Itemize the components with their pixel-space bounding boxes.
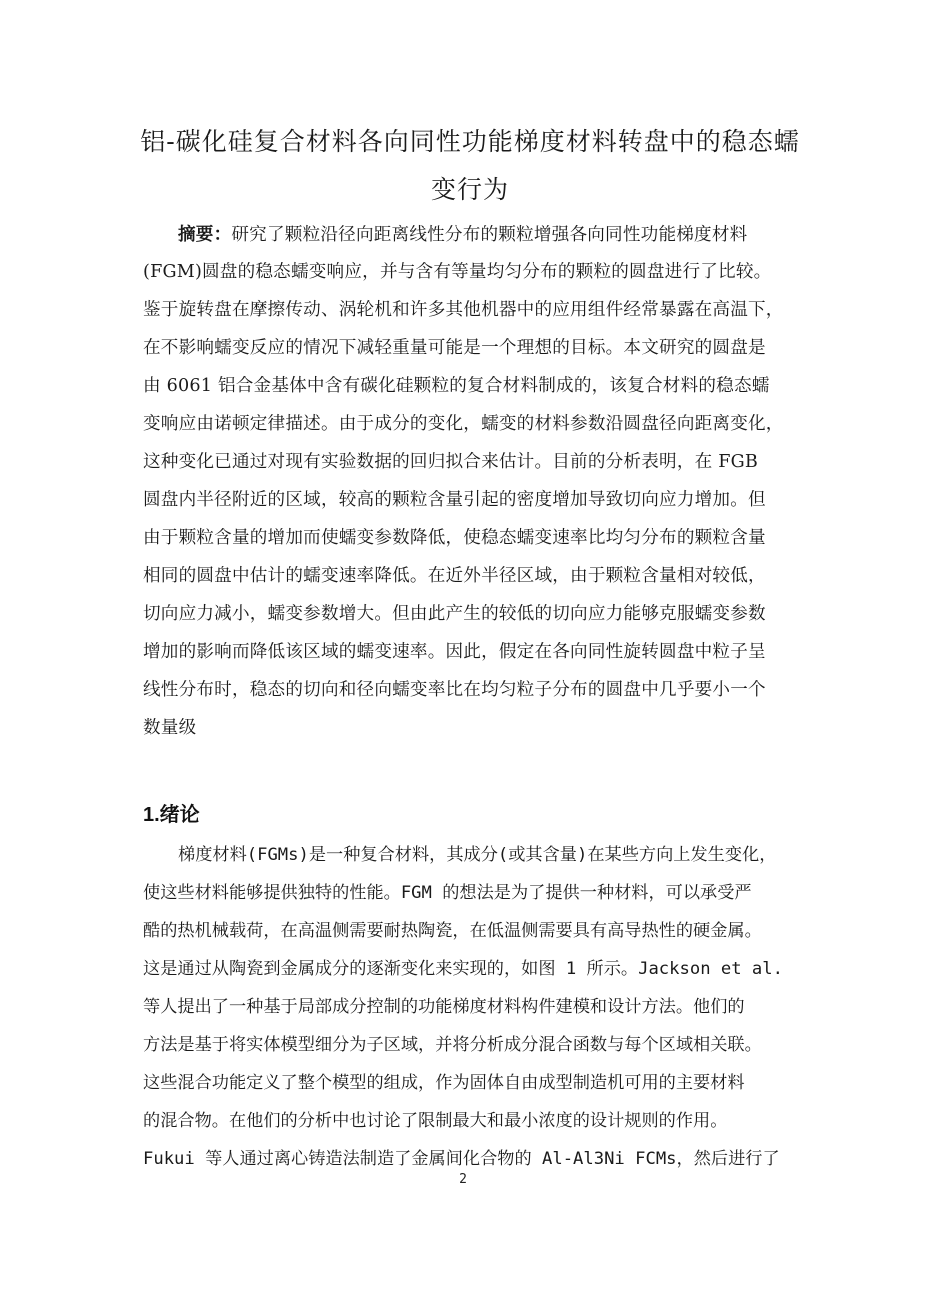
paper-title-line-1: 铝-碳化硅复合材料各向同性功能梯度材料转盘中的稳态蠕 bbox=[130, 122, 810, 158]
abstract-line: 切向应力减小，蠕变参数增大。但由此产生的较低的切向应力能够克服蠕变参数 bbox=[143, 602, 803, 626]
abstract-label: 摘要： bbox=[178, 225, 231, 245]
abstract-line: 圆盘内半径附近的区域，较高的颗粒含量引起的密度增加导致切向应力增加。但 bbox=[143, 488, 803, 512]
abstract-line: 增加的影响而降低该区域的蠕变速率。因此，假定在各向同性旋转圆盘中粒子呈 bbox=[143, 640, 803, 664]
abstract-line: 由 6061 铝合金基体中含有碳化硅颗粒的复合材料制成的，该复合材料的稳态蠕 bbox=[143, 374, 803, 398]
body-line: 方法是基于将实体模型细分为子区域，并将分析成分混合函数与每个区域相关联。 bbox=[143, 1033, 803, 1057]
document-page: 铝-碳化硅复合材料各向同性功能梯度材料转盘中的稳态蠕 变行为 摘要：研究了颗粒沿… bbox=[0, 0, 926, 1309]
body-line: 等人提出了一种基于局部成分控制的功能梯度材料构件建模和设计方法。他们的 bbox=[143, 995, 803, 1019]
abstract-line: 相同的圆盘中估计的蠕变速率降低。在近外半径区域，由于颗粒含量相对较低， bbox=[143, 564, 803, 588]
abstract-line: 在不影响蠕变反应的情况下减轻重量可能是一个理想的目标。本文研究的圆盘是 bbox=[143, 336, 803, 360]
body-line: 的混合物。在他们的分析中也讨论了限制最大和最小浓度的设计规则的作用。 bbox=[143, 1109, 803, 1133]
abstract-line: (FGM)圆盘的稳态蠕变响应，并与含有等量均匀分布的颗粒的圆盘进行了比较。 bbox=[143, 260, 803, 284]
abstract-line: 由于颗粒含量的增加而使蠕变参数降低，使稳态蠕变速率比均匀分布的颗粒含量 bbox=[143, 526, 803, 550]
abstract-line: 线性分布时，稳态的切向和径向蠕变率比在均匀粒子分布的圆盘中几乎要小一个 bbox=[143, 678, 803, 702]
body-line: 这是通过从陶瓷到金属成分的逐渐变化来实现的，如图 1 所示。Jackson et… bbox=[143, 957, 803, 981]
abstract-line: 变响应由诺顿定律描述。由于成分的变化，蠕变的材料参数沿圆盘径向距离变化， bbox=[143, 412, 803, 436]
abstract-line: 鉴于旋转盘在摩擦传动、涡轮机和许多其他机器中的应用组件经常暴露在高温下， bbox=[143, 298, 803, 322]
abstract-line: 摘要：研究了颗粒沿径向距离线性分布的颗粒增强各向同性功能梯度材料 bbox=[178, 223, 838, 247]
body-line: 酷的热机械载荷，在高温侧需要耐热陶瓷，在低温侧需要具有高导热性的硬金属。 bbox=[143, 919, 803, 943]
abstract-line: 数量级 bbox=[143, 716, 803, 740]
paper-title-line-2: 变行为 bbox=[130, 170, 810, 206]
section-heading: 1.绪论 bbox=[143, 798, 200, 827]
body-line: 梯度材料(FGMs)是一种复合材料，其成分(或其含量)在某些方向上发生变化， bbox=[178, 843, 838, 867]
abstract-line: 这种变化已通过对现有实验数据的回归拟合来估计。目前的分析表明，在 FGB bbox=[143, 450, 803, 474]
body-line: Fukui 等人通过离心铸造法制造了金属间化合物的 Al-Al3Ni FCMs，… bbox=[143, 1147, 803, 1171]
body-line: 这些混合功能定义了整个模型的组成，作为固体自由成型制造机可用的主要材料 bbox=[143, 1071, 803, 1095]
page-number: 2 bbox=[0, 1172, 926, 1187]
body-line: 使这些材料能够提供独特的性能。FGM 的想法是为了提供一种材料，可以承受严 bbox=[143, 881, 803, 905]
